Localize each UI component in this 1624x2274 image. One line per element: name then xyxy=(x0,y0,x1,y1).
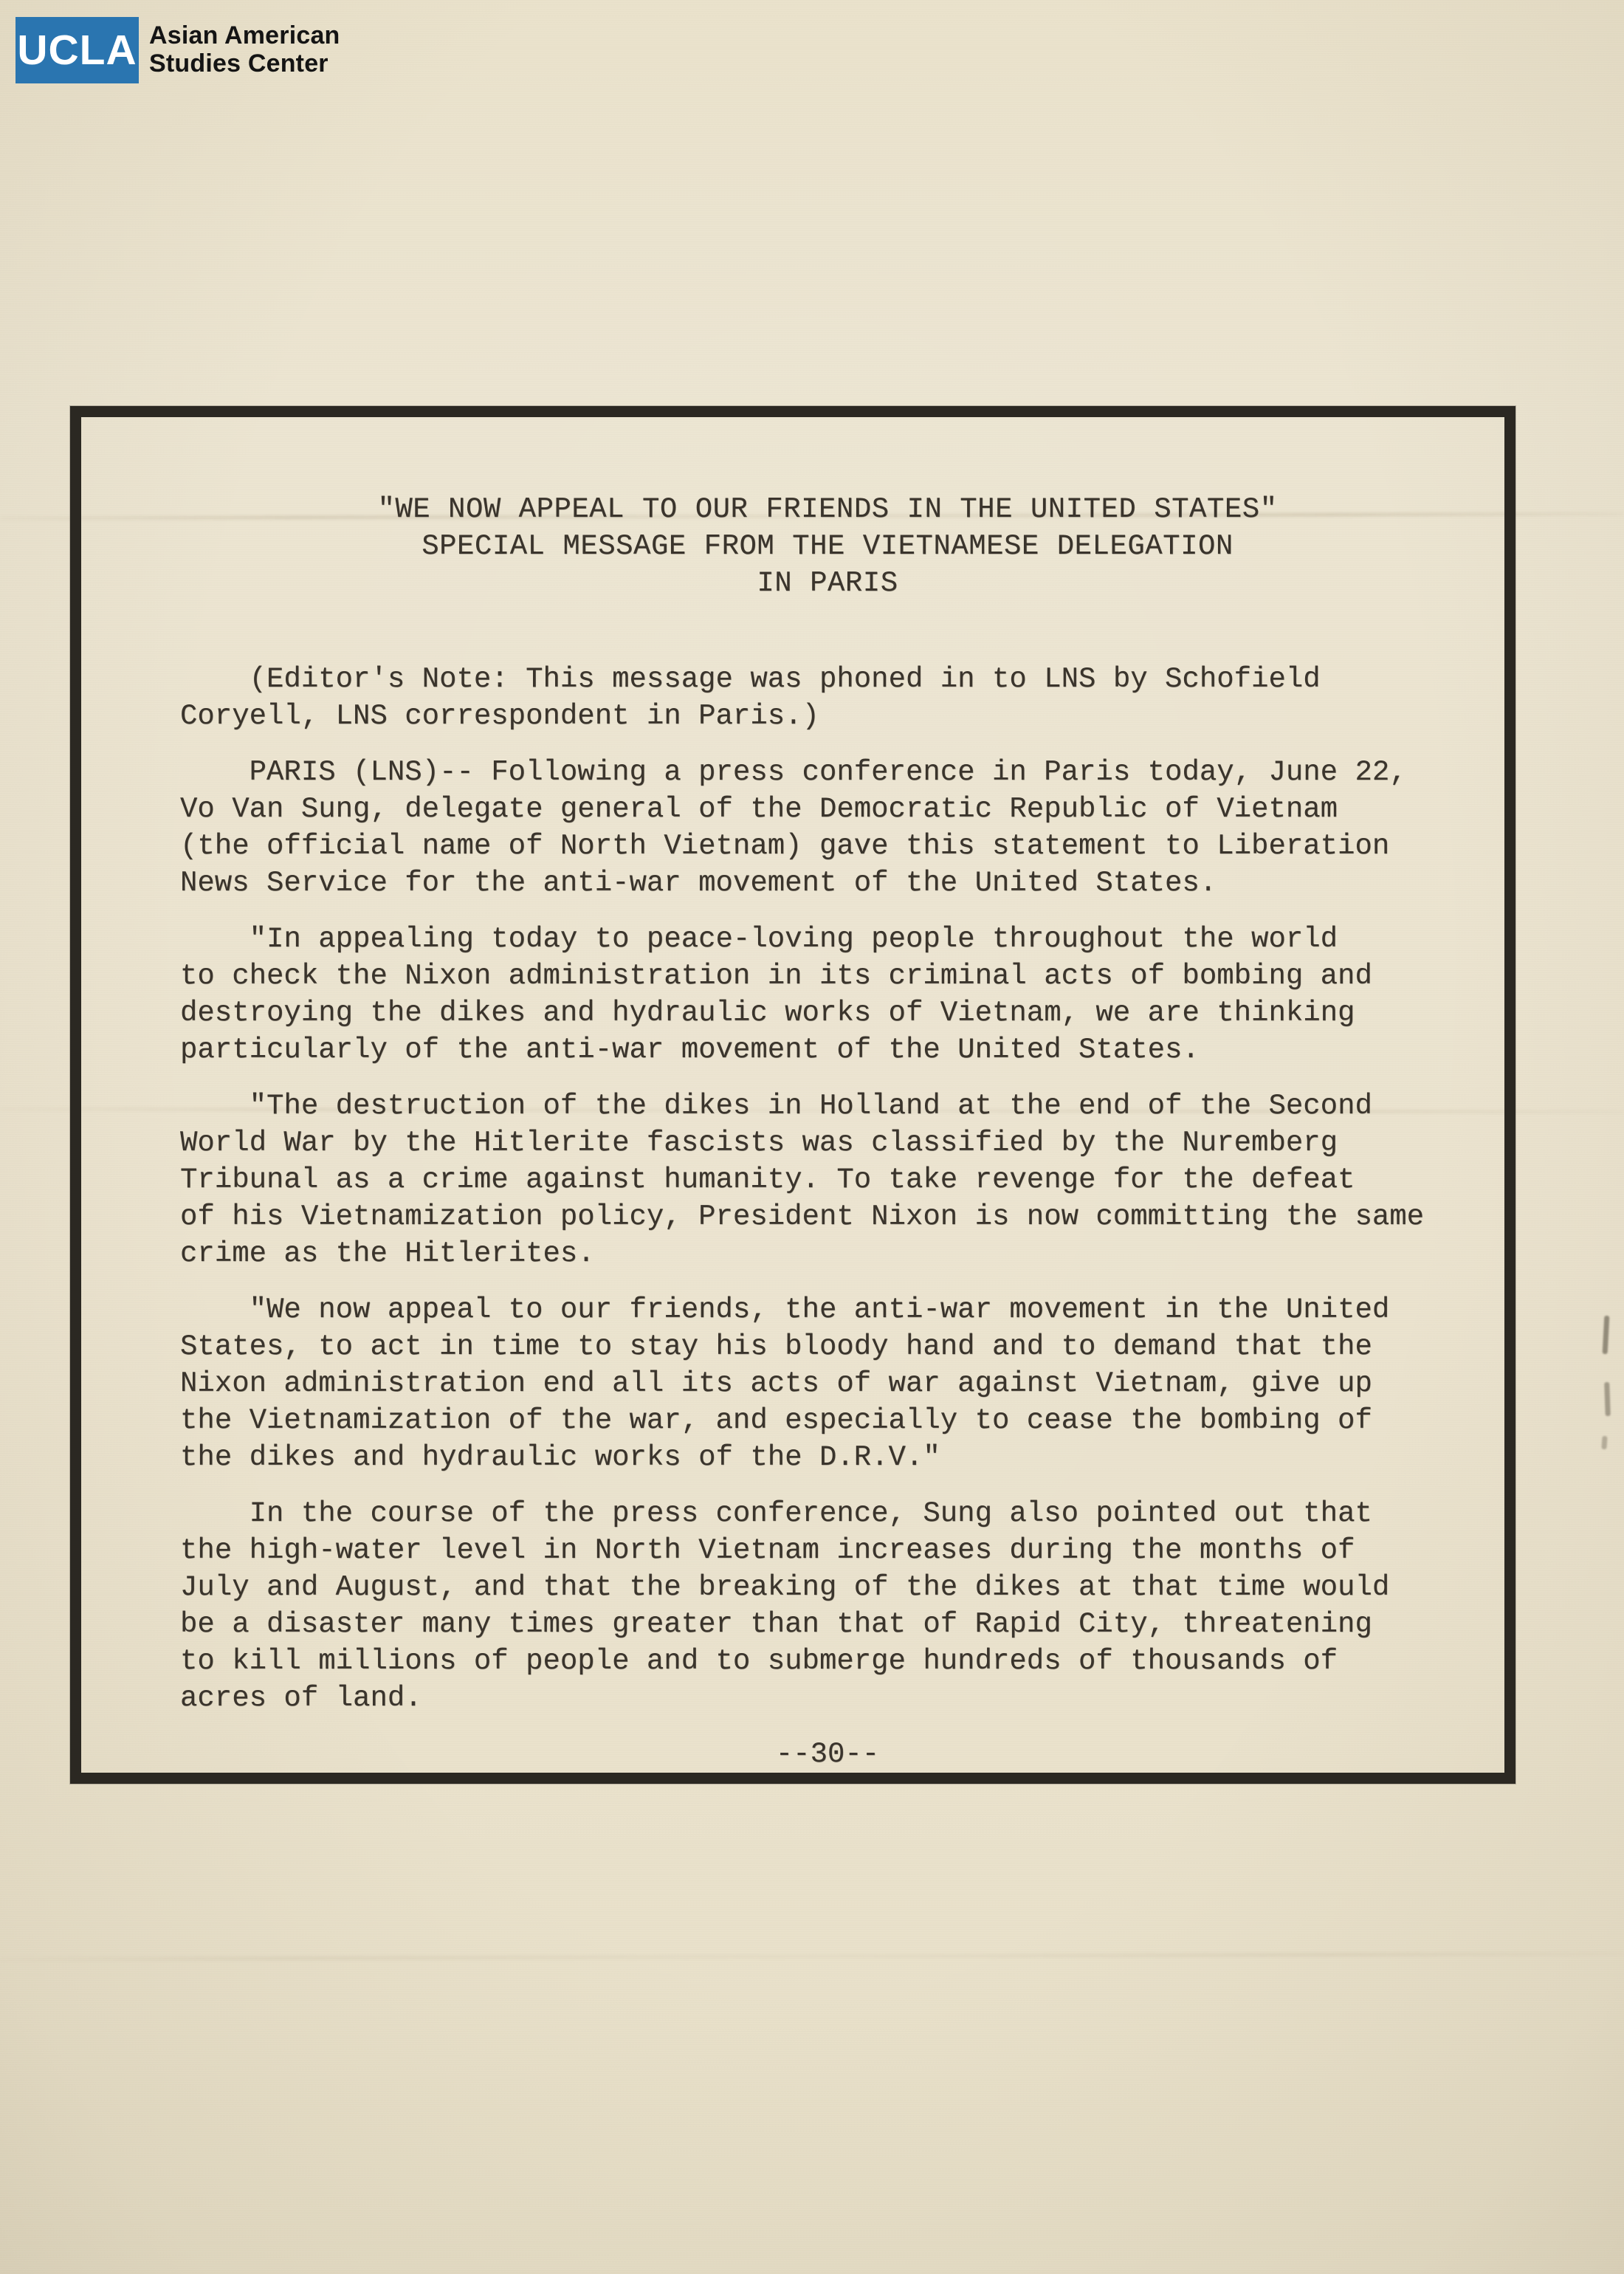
document-paragraph: PARIS (LNS)-- Following a press conferen… xyxy=(180,754,1475,901)
org-name-line2: Studies Center xyxy=(149,49,340,78)
document-body: "WE NOW APPEAL TO OUR FRIENDS IN THE UNI… xyxy=(81,417,1504,1773)
stray-ink-mark xyxy=(1601,1436,1607,1449)
org-name: Asian American Studies Center xyxy=(149,17,340,78)
document-paragraph: In the course of the press conference, S… xyxy=(180,1495,1475,1717)
org-name-line1: Asian American xyxy=(149,21,340,49)
document-paragraph: "The destruction of the dikes in Holland… xyxy=(180,1088,1475,1272)
ucla-logo-badge: UCLA xyxy=(16,17,139,83)
stray-ink-mark xyxy=(1603,1316,1610,1354)
scanned-document-page: { "colors": { "paper": "#ebe3cd", "ink":… xyxy=(0,0,1624,2274)
editors-note-paragraph: (Editor's Note: This message was phoned … xyxy=(180,661,1475,735)
ucla-aasc-logo: UCLA Asian American Studies Center xyxy=(16,17,340,83)
document-title-line1: "WE NOW APPEAL TO OUR FRIENDS IN THE UNI… xyxy=(180,491,1475,528)
document-title: "WE NOW APPEAL TO OUR FRIENDS IN THE UNI… xyxy=(180,491,1475,602)
document-title-line3: IN PARIS xyxy=(180,565,1475,602)
document-frame: "WE NOW APPEAL TO OUR FRIENDS IN THE UNI… xyxy=(70,406,1515,1784)
document-paragraph: "We now appeal to our friends, the anti-… xyxy=(180,1291,1475,1476)
paper-crease xyxy=(0,1952,1624,1961)
ucla-wordmark: UCLA xyxy=(17,26,137,75)
document-title-line2: SPECIAL MESSAGE FROM THE VIETNAMESE DELE… xyxy=(180,528,1475,565)
end-mark-30: --30-- xyxy=(180,1736,1475,1773)
stray-ink-mark xyxy=(1604,1382,1611,1416)
document-paragraph: "In appealing today to peace-loving peop… xyxy=(180,921,1475,1068)
